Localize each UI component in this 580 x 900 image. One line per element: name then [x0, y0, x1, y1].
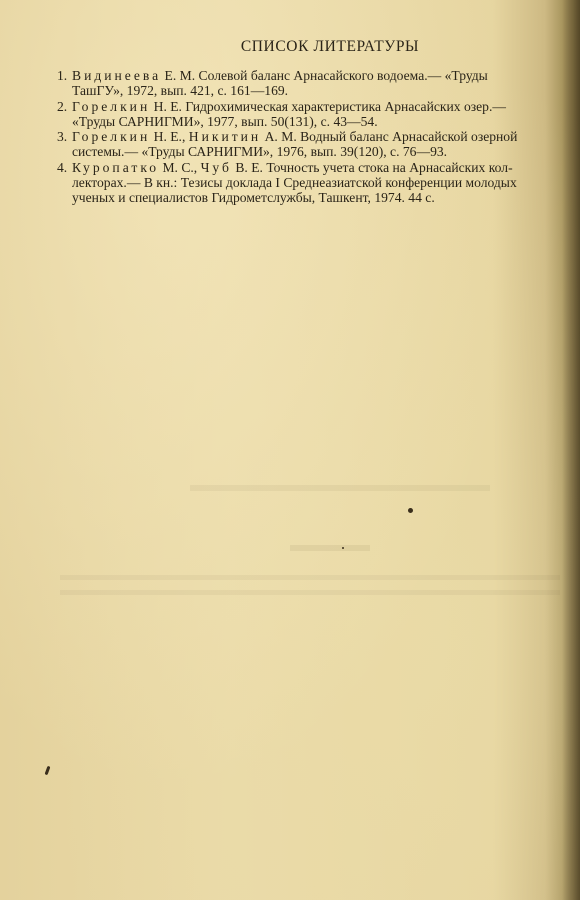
- reference-line: Куропатко М. С., Чуб В. Е. Точность учет…: [72, 160, 580, 175]
- reference-number: 3.: [57, 129, 67, 144]
- reference-item-1: 1. Видинеева Е. М. Солевой баланс Арнаса…: [57, 68, 580, 99]
- show-through-text: [290, 545, 370, 551]
- reference-text: М. С.,: [159, 160, 201, 175]
- show-through-text: [60, 590, 560, 595]
- reference-line: ученых и специалистов Гидрометслужбы, Та…: [72, 190, 580, 205]
- reference-line: «Труды САРНИГМИ», 1977, вып. 50(131), с.…: [72, 114, 580, 129]
- bibliography-heading: СПИСОК ЛИТЕРАТУРЫ: [0, 38, 580, 56]
- ink-speck: [342, 547, 344, 549]
- show-through-text: [60, 575, 560, 580]
- reference-line: Видинеева Е. М. Солевой баланс Арнасайск…: [72, 68, 580, 83]
- reference-line: лекторах.— В кн.: Тезисы доклада I Средн…: [72, 175, 580, 190]
- reference-number: 1.: [57, 68, 67, 83]
- show-through-text: [190, 485, 490, 491]
- reference-author: Горелкин: [72, 99, 150, 114]
- reference-item-4: 4. Куропатко М. С., Чуб В. Е. Точность у…: [57, 160, 580, 206]
- reference-item-2: 2. Горелкин Н. Е. Гидрохимическая характ…: [57, 99, 580, 130]
- reference-line: Горелкин Н. Е. Гидрохимическая характери…: [72, 99, 580, 114]
- reference-text: А. М. Водный баланс Арнасайской озерной: [261, 129, 517, 144]
- reference-list: 1. Видинеева Е. М. Солевой баланс Арнаса…: [57, 68, 580, 206]
- reference-text: В. Е. Точность учета стока на Арнасайски…: [232, 160, 513, 175]
- reference-number: 4.: [57, 160, 67, 175]
- reference-line: ТашГУ», 1972, вып. 421, с. 161—169.: [72, 83, 580, 98]
- reference-item-3: 3. Горелкин Н. Е., Никитин А. М. Водный …: [57, 129, 580, 160]
- reference-line: системы.— «Труды САРНИГМИ», 1976, вып. 3…: [72, 144, 580, 159]
- reference-text: Е. М. Солевой баланс Арнасайского водоем…: [161, 68, 488, 83]
- reference-coauthor: Никитин: [189, 129, 261, 144]
- scanned-page: СПИСОК ЛИТЕРАТУРЫ 1. Видинеева Е. М. Сол…: [0, 0, 580, 900]
- ink-speck: [45, 766, 51, 775]
- reference-text: Н. Е.,: [150, 129, 189, 144]
- reference-author: Видинеева: [72, 68, 161, 83]
- reference-number: 2.: [57, 99, 67, 114]
- reference-coauthor: Чуб: [201, 160, 232, 175]
- reference-author: Куропатко: [72, 160, 159, 175]
- reference-line: Горелкин Н. Е., Никитин А. М. Водный бал…: [72, 129, 580, 144]
- ink-speck: [408, 508, 413, 513]
- reference-text: Н. Е. Гидрохимическая характеристика Арн…: [150, 99, 506, 114]
- reference-author: Горелкин: [72, 129, 150, 144]
